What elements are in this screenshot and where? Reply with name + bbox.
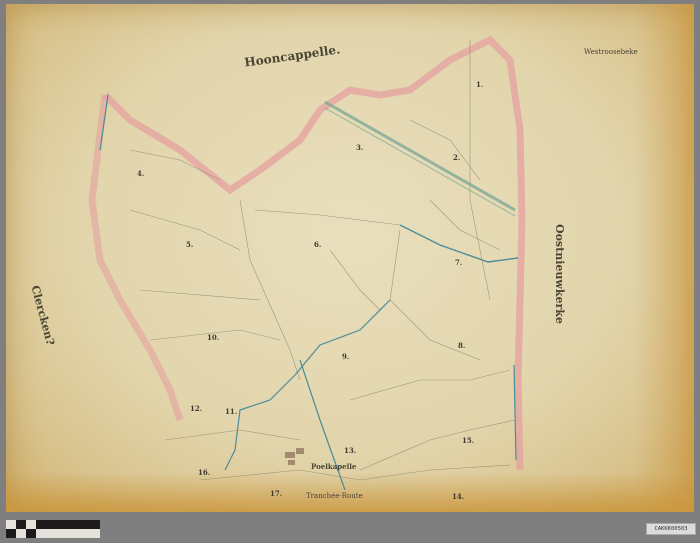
section-number: 4. xyxy=(137,169,144,178)
section-number: 7. xyxy=(455,258,462,267)
section-number: 1. xyxy=(476,80,483,89)
color-scale-bar xyxy=(6,520,100,538)
section-number: 9. xyxy=(342,352,349,361)
section-number: 13. xyxy=(344,446,356,455)
neighbour-northeast-label: Westroosebeke xyxy=(584,48,638,56)
section-number: 14. xyxy=(452,492,464,501)
section-number: 2. xyxy=(453,153,460,162)
section-number: 5. xyxy=(186,240,193,249)
town-label: Poelkapelle xyxy=(311,462,356,471)
section-number: 16. xyxy=(198,468,210,477)
section-number: 17. xyxy=(270,489,282,498)
section-number: 6. xyxy=(314,240,321,249)
section-number: 10. xyxy=(207,333,219,342)
section-number: 15. xyxy=(462,436,474,445)
section-number: 12. xyxy=(190,404,202,413)
road-label: Tranchée-Route xyxy=(306,492,363,500)
section-number: 8. xyxy=(458,341,465,350)
map-sheet: Hooncappelle. Westroosebeke Clercken? Oo… xyxy=(6,4,694,512)
section-number: 11. xyxy=(225,407,237,416)
section-number: 3. xyxy=(356,143,363,152)
neighbour-east-label: Oostnieuwkerke xyxy=(553,224,566,324)
archive-id-label: CAKKK00503 xyxy=(646,523,696,535)
map-drawing xyxy=(6,4,694,512)
